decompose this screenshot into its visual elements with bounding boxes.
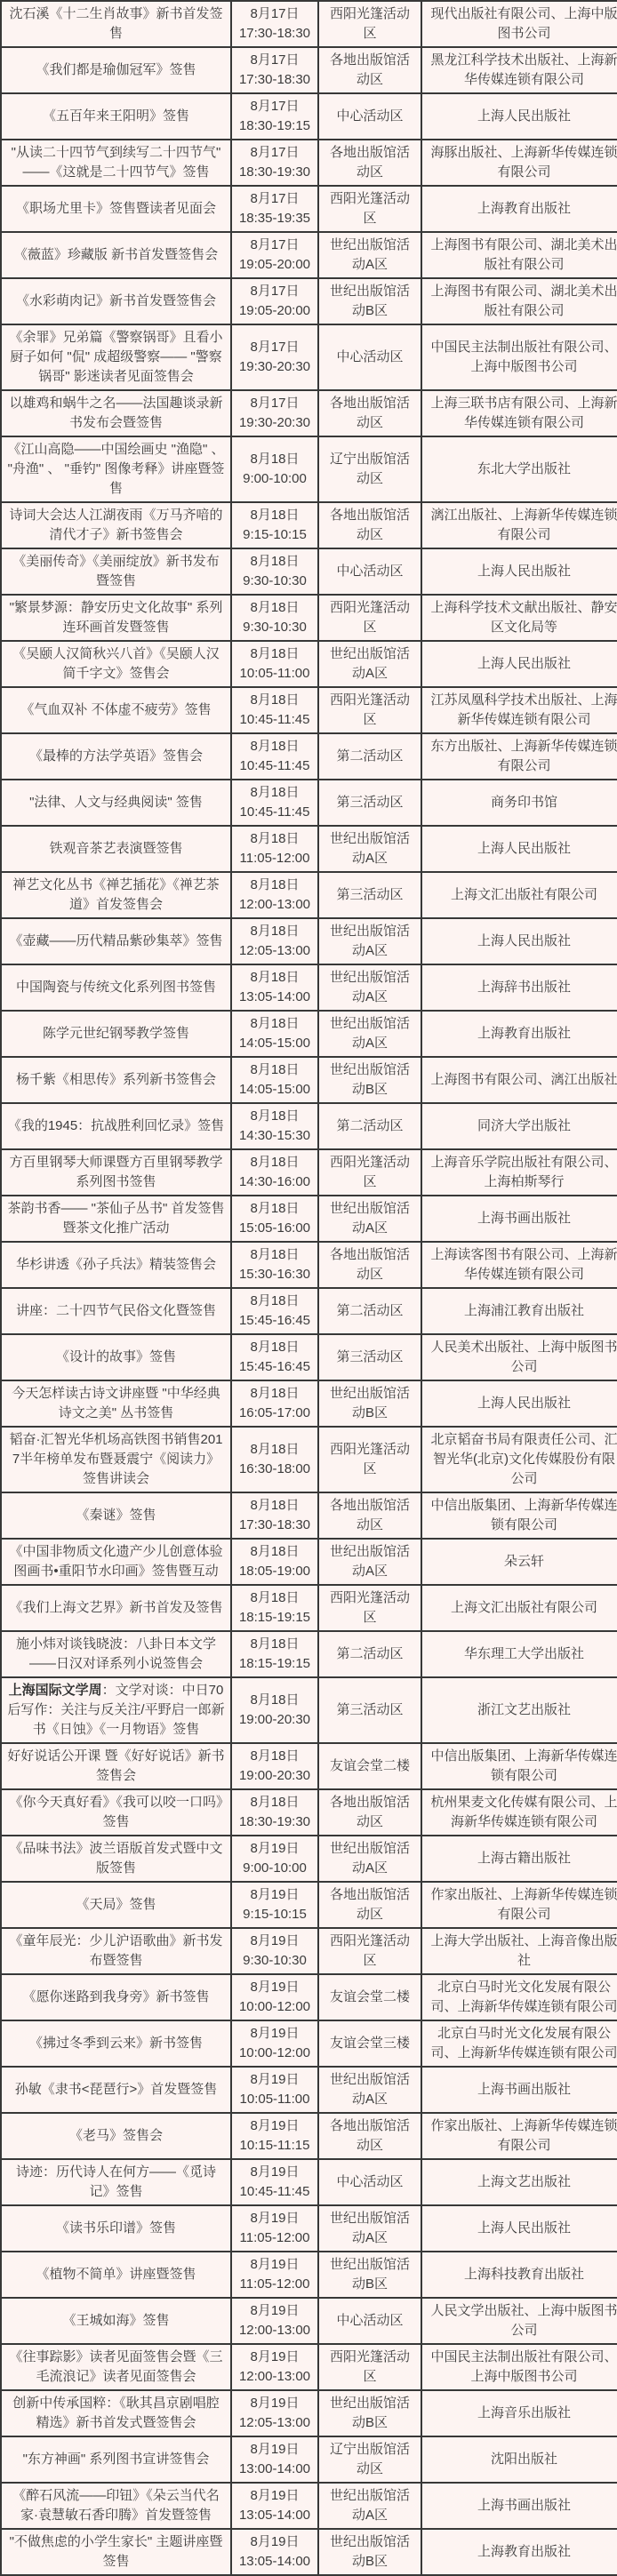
datetime-cell: 8月18日 18:15-19:15 [231,1631,318,1677]
publisher-cell: 北京韬奋书局有限责任公司、汇智光华(北京)文化传媒股份有限公司 [421,1427,617,1492]
event-cell: 《职场尤里卡》签售暨读者见面会 [1,186,231,232]
publisher-cell: 北京白马时光文化发展有限公司、上海新华传媒连锁有限公司 [421,1974,617,2020]
event-cell: 诗词大会达人江湖夜雨《万马齐喑的清代才子》新书签售会 [1,502,231,548]
datetime-cell: 8月18日 14:05-15:00 [231,1057,318,1103]
publisher-cell: 上海人民出版社 [421,641,617,687]
event-cell: 《五百年来王阳明》签售 [1,93,231,140]
location-cell: 各地出版馆活动区 [318,1882,421,1928]
table-row: 今天怎样读古诗文讲座暨 "中华经典诗文之美" 丛书签售8月18日 16:05-1… [1,1380,617,1427]
location-cell: 友谊会堂二楼 [318,1743,421,1789]
location-cell: 友谊会堂二楼 [318,1974,421,2020]
location-cell: 第二活动区 [318,1103,421,1149]
table-row: 《余罪》兄弟篇《警察锅哥》且看小厨子如何 "侃" 成超级警察—— "警察锅哥" … [1,324,617,390]
datetime-cell: 8月19日 10:00-12:00 [231,1974,318,2020]
event-cell: 《水彩萌肉记》新书首发暨签售会 [1,278,231,324]
table-row: "从读二十四节气到续写二十四节气" ——《这就是二十四节气》签售8月17日 18… [1,140,617,186]
location-cell: 世纪出版馆活动A区 [318,2067,421,2113]
table-row: 禅艺文化丛书《禅艺插花》《禅艺茶道》首发签售会8月18日 12:00-13:00… [1,872,617,918]
publisher-cell: 上海人民出版社 [421,918,617,964]
location-cell: 第三活动区 [318,1334,421,1380]
publisher-cell: 上海教育出版社 [421,1011,617,1057]
event-cell: 韬奋·汇智光华机场高铁图书销售2017半年榜单发布暨聂震宁《阅读力》签售讲读会 [1,1427,231,1492]
event-cell: 《我们上海文艺界》新书首发及签售 [1,1585,231,1631]
datetime-cell: 8月19日 12:00-13:00 [231,2298,318,2344]
datetime-cell: 8月18日 17:30-18:30 [231,1492,318,1539]
table-row: "不做焦虑的小学生家长" 主题讲座暨签售8月19日 13:05-14:00世纪出… [1,2529,617,2575]
location-cell: 中心活动区 [318,324,421,390]
event-cell: 《中国非物质文化遗产少儿创意体验图画书•重阳节水印画》签售暨互动 [1,1539,231,1585]
datetime-cell: 8月18日 19:00-20:30 [231,1677,318,1743]
datetime-cell: 8月18日 12:05-13:00 [231,918,318,964]
event-cell: 铁观音茶艺表演暨签售 [1,826,231,872]
location-cell: 各地出版馆活动区 [318,390,421,436]
event-cell: 华杉讲透《孙子兵法》精装签售会 [1,1242,231,1288]
datetime-cell: 8月19日 10:00-12:00 [231,2020,318,2067]
location-cell: 各地出版馆活动区 [318,140,421,186]
location-cell: 各地出版馆活动区 [318,47,421,93]
location-cell: 中心活动区 [318,93,421,140]
publisher-cell: 东方出版社、上海新华传媒连锁有限公司 [421,733,617,780]
datetime-cell: 8月18日 10:45-11:45 [231,687,318,733]
event-cell: 《拂过冬季到云来》新书签售 [1,2020,231,2067]
event-cell: "不做焦虑的小学生家长" 主题讲座暨签售 [1,2529,231,2575]
publisher-cell: 人民美术出版社、上海中版图书公司 [421,1334,617,1380]
event-cell: 好好说话公开课 暨《好好说话》新书签售会 [1,1743,231,1789]
datetime-cell: 8月18日 15:30-16:30 [231,1242,318,1288]
table-row: 《最棒的方法学英语》签售会8月18日 10:45-11:45第二活动区东方出版社… [1,733,617,780]
location-cell: 世纪出版馆活动A区 [318,1539,421,1585]
table-row: 《往事踪影》读者见面签售会暨《三毛流浪记》读者见面签售会8月19日 12:00-… [1,2344,617,2390]
table-row: 以雄鸡和蜗牛之名——法国趣谈录新书发布会暨签售8月17日 19:30-20:30… [1,390,617,436]
publisher-cell: 沈阳出版社 [421,2436,617,2483]
table-row: 《壶藏——历代精品紫砂集萃》签售8月18日 12:05-13:00世纪出版馆活动… [1,918,617,964]
event-cell: 上海国际文学周：文学对谈：中日70后写作：关注与反关注/平野启一郎新书《日蚀》《… [1,1677,231,1743]
event-cell: 以雄鸡和蜗牛之名——法国趣谈录新书发布会暨签售 [1,390,231,436]
datetime-cell: 8月19日 9:00-10:00 [231,1836,318,1882]
location-cell: 世纪出版馆活动B区 [318,2390,421,2436]
event-cell: 创新中传承国粹：《耿其昌京剧唱腔精选》新书首发式暨签售会 [1,2390,231,2436]
publisher-cell: 上海三联书店有限公司、上海新华传媒连锁有限公司 [421,390,617,436]
publisher-cell: 上海音乐出版社 [421,2390,617,2436]
datetime-cell: 8月17日 18:35-19:35 [231,186,318,232]
event-cell: 《老马》签售会 [1,2113,231,2159]
event-cell: 《植物不简单》讲座暨签售 [1,2252,231,2298]
table-row: 《我们都是瑜伽冠军》签售8月17日 17:30-18:30各地出版馆活动区黑龙江… [1,47,617,93]
publisher-cell: 漓江出版社、上海新华传媒连锁有限公司 [421,502,617,548]
location-cell: 中心活动区 [318,2159,421,2205]
publisher-cell: 上海人民出版社 [421,826,617,872]
event-cell: 方百里钢琴大师课暨方百里钢琴教学系列图书签售 [1,1149,231,1196]
location-cell: 第三活动区 [318,872,421,918]
publisher-cell: 东北大学出版社 [421,436,617,502]
publisher-cell: 上海科技教育出版社 [421,2252,617,2298]
datetime-cell: 8月17日 17:30-18:30 [231,1,318,47]
publisher-cell: 上海音乐学院出版社有限公司、上海柏斯琴行 [421,1149,617,1196]
datetime-cell: 8月18日 10:45-11:45 [231,733,318,780]
publisher-cell: 华东理工大学出版社 [421,1631,617,1677]
location-cell: 各地出版馆活动区 [318,2113,421,2159]
publisher-cell: 上海人民出版社 [421,2205,617,2252]
publisher-cell: 人民文学出版社、上海中版图书公司 [421,2298,617,2344]
location-cell: 世纪出版馆活动A区 [318,1836,421,1882]
datetime-cell: 8月17日 19:05-20:00 [231,278,318,324]
location-cell: 西阳光篷活动区 [318,1149,421,1196]
event-cell: 《天局》签售 [1,1882,231,1928]
datetime-cell: 8月18日 9:00-10:00 [231,436,318,502]
event-cell: 《愿你迷路到我身旁》新书签售 [1,1974,231,2020]
location-cell: 第二活动区 [318,1288,421,1334]
location-cell: 第二活动区 [318,1631,421,1677]
table-row: 讲座：二十四节气民俗文化暨签售8月18日 15:45-16:45第二活动区上海浦… [1,1288,617,1334]
table-row: 上海国际文学周：文学对谈：中日70后写作：关注与反关注/平野启一郎新书《日蚀》《… [1,1677,617,1743]
datetime-cell: 8月18日 19:00-20:30 [231,1743,318,1789]
location-cell: 西阳光篷活动区 [318,1928,421,1974]
datetime-cell: 8月18日 15:45-16:45 [231,1288,318,1334]
location-cell: 世纪出版馆活动B区 [318,1380,421,1427]
publisher-cell: 上海人民出版社 [421,548,617,595]
location-cell: 世纪出版馆活动A区 [318,641,421,687]
publisher-cell: 中国民主法制出版社有限公司、上海中版图书公司 [421,2344,617,2390]
datetime-cell: 8月17日 19:30-20:30 [231,324,318,390]
table-row: 《职场尤里卡》签售暨读者见面会8月17日 18:35-19:35西阳光篷活动区上… [1,186,617,232]
event-cell: 讲座：二十四节气民俗文化暨签售 [1,1288,231,1334]
datetime-cell: 8月18日 10:45-11:45 [231,780,318,826]
datetime-cell: 8月19日 10:05-11:00 [231,2067,318,2113]
datetime-cell: 8月17日 17:30-18:30 [231,47,318,93]
location-cell: 西阳光篷活动区 [318,687,421,733]
publisher-cell: 上海文艺出版社 [421,2159,617,2205]
publisher-cell: 浙江文艺出版社 [421,1677,617,1743]
publisher-cell: 上海文汇出版社有限公司 [421,1585,617,1631]
table-row: 华杉讲透《孙子兵法》精装签售会8月18日 15:30-16:30各地出版馆活动区… [1,1242,617,1288]
publisher-cell: 上海浦江教育出版社 [421,1288,617,1334]
event-schedule-table: 沈石溪《十二生肖故事》新书首发签售8月17日 17:30-18:30西阳光篷活动… [0,0,617,2576]
datetime-cell: 8月18日 16:30-18:00 [231,1427,318,1492]
table-row: 《设计的故事》签售8月18日 15:45-16:45第三活动区人民美术出版社、上… [1,1334,617,1380]
table-row: 施小炜对谈钱晓波：八卦日本文学——日汉对译系列小说签售会8月18日 18:15-… [1,1631,617,1677]
table-row: 方百里钢琴大师课暨方百里钢琴教学系列图书签售8月18日 14:30-16:00西… [1,1149,617,1196]
schedule-body: 沈石溪《十二生肖故事》新书首发签售8月17日 17:30-18:30西阳光篷活动… [1,1,617,2575]
publisher-cell: 上海图书有限公司、湖北美术出版社有限公司 [421,278,617,324]
location-cell: 中心活动区 [318,548,421,595]
table-row: 《江山高隐——中国绘画史 "渔隐" 、 "舟渔" 、 "垂钓" 图像考释》讲座暨… [1,436,617,502]
datetime-cell: 8月18日 14:30-16:00 [231,1149,318,1196]
datetime-cell: 8月18日 15:45-16:45 [231,1334,318,1380]
location-cell: 世纪出版馆活动A区 [318,1011,421,1057]
location-cell: 世纪出版馆活动A区 [318,1196,421,1242]
table-row: 《我的1945：抗战胜利回忆录》签售8月18日 14:30-15:30第二活动区… [1,1103,617,1149]
event-cell: 施小炜对谈钱晓波：八卦日本文学——日汉对译系列小说签售会 [1,1631,231,1677]
table-row: 《美丽传奇》《美丽绽放》新书发布暨签售8月18日 9:30-10:30中心活动区… [1,548,617,595]
datetime-cell: 8月19日 12:05-13:00 [231,2390,318,2436]
publisher-cell: 上海大学出版社、上海音像出版社 [421,1928,617,1974]
table-row: 孙敏《隶书<琵琶行>》首发暨签售8月19日 10:05-11:00世纪出版馆活动… [1,2067,617,2113]
location-cell: 辽宁出版馆活动区 [318,436,421,502]
event-schedule-page: 沈石溪《十二生肖故事》新书首发签售8月17日 17:30-18:30西阳光篷活动… [0,0,617,2576]
publisher-cell: 作家出版社、上海新华传媒连锁有限公司 [421,2113,617,2159]
publisher-cell: 中国民主法制出版社有限公司、上海中版图书公司 [421,324,617,390]
datetime-cell: 8月18日 9:30-10:30 [231,548,318,595]
publisher-cell: 上海教育出版社 [421,2529,617,2575]
event-cell: 中国陶瓷与传统文化系列图书签售 [1,964,231,1011]
location-cell: 西阳光篷活动区 [318,1585,421,1631]
table-row: 诗词大会达人江湖夜雨《万马齐喑的清代才子》新书签售会8月18日 9:15-10:… [1,502,617,548]
datetime-cell: 8月19日 11:05-12:00 [231,2252,318,2298]
event-cell: 《壶藏——历代精品紫砂集萃》签售 [1,918,231,964]
table-row: 《我们上海文艺界》新书首发及签售8月18日 18:15-19:15西阳光篷活动区… [1,1585,617,1631]
event-cell: 《我的1945：抗战胜利回忆录》签售 [1,1103,231,1149]
table-row: 《品味书法》波兰语版首发式暨中文版签售8月19日 9:00-10:00世纪出版馆… [1,1836,617,1882]
event-cell: 《美丽传奇》《美丽绽放》新书发布暨签售 [1,548,231,595]
event-cell: 《吴颐人汉简秋兴八首》《吴颐人汉简千字文》签售会 [1,641,231,687]
event-cell: 《醉石风流——印钮》《朵云当代名家·袁慧敏石香印腾》首发暨签售 [1,2483,231,2529]
datetime-cell: 8月18日 18:30-19:30 [231,1789,318,1836]
table-row: 诗迹：历代诗人在何方——《觅诗记》签售8月19日 10:45-11:45中心活动… [1,2159,617,2205]
datetime-cell: 8月18日 18:15-19:15 [231,1585,318,1631]
location-cell: 友谊会堂三楼 [318,2020,421,2067]
table-row: 陈学元世纪钢琴教学签售8月18日 14:05-15:00世纪出版馆活动A区上海教… [1,1011,617,1057]
datetime-cell: 8月19日 11:05-12:00 [231,2205,318,2252]
location-cell: 世纪出版馆活动B区 [318,278,421,324]
event-cell: 《往事踪影》读者见面签售会暨《三毛流浪记》读者见面签售会 [1,2344,231,2390]
datetime-cell: 8月18日 9:15-10:15 [231,502,318,548]
publisher-cell: 上海教育出版社 [421,186,617,232]
location-cell: 西阳光篷活动区 [318,1427,421,1492]
datetime-cell: 8月18日 12:00-13:00 [231,872,318,918]
table-row: 《你今天真好看》《我可以咬一口吗》签售8月18日 18:30-19:30各地出版… [1,1789,617,1836]
table-row: 《五百年来王阳明》签售8月17日 18:30-19:15中心活动区上海人民出版社 [1,93,617,140]
event-cell: 《薇蓝》珍藏版 新书首发暨签售会 [1,232,231,278]
event-cell: 《我们都是瑜伽冠军》签售 [1,47,231,93]
location-cell: 第二活动区 [318,733,421,780]
table-row: 《吴颐人汉简秋兴八首》《吴颐人汉简千字文》签售会8月18日 10:05-11:0… [1,641,617,687]
table-row: 《秦谜》签售8月18日 17:30-18:30各地出版馆活动区中信出版集团、上海… [1,1492,617,1539]
datetime-cell: 8月18日 18:05-19:00 [231,1539,318,1585]
datetime-cell: 8月17日 18:30-19:15 [231,93,318,140]
publisher-cell: 上海古籍出版社 [421,1836,617,1882]
datetime-cell: 8月19日 10:15-11:15 [231,2113,318,2159]
table-row: 茶韵书香—— "茶仙子丛书" 首发签售暨茶文化推广活动8月18日 15:05-1… [1,1196,617,1242]
publisher-cell: 杭州果麦文化传媒有限公司、上海新华传媒连锁有限公司 [421,1789,617,1836]
publisher-cell: 现代出版社有限公司、上海中版图书公司 [421,1,617,47]
publisher-cell: 上海图书有限公司、湖北美术出版社有限公司 [421,232,617,278]
event-cell: 沈石溪《十二生肖故事》新书首发签售 [1,1,231,47]
table-row: 《王城如海》签售8月19日 12:00-13:00中心活动区人民文学出版社、上海… [1,2298,617,2344]
location-cell: 世纪出版馆活动A区 [318,2205,421,2252]
table-row: 《中国非物质文化遗产少儿创意体验图画书•重阳节水印画》签售暨互动8月18日 18… [1,1539,617,1585]
location-cell: 世纪出版馆活动A区 [318,2483,421,2529]
datetime-cell: 8月19日 10:45-11:45 [231,2159,318,2205]
table-row: 《水彩萌肉记》新书首发暨签售会8月17日 19:05-20:00世纪出版馆活动B… [1,278,617,324]
datetime-cell: 8月19日 13:00-14:00 [231,2436,318,2483]
event-cell: 茶韵书香—— "茶仙子丛书" 首发签售暨茶文化推广活动 [1,1196,231,1242]
publisher-cell: 江苏凤凰科学技术出版社、上海新华传媒连锁有限公司 [421,687,617,733]
publisher-cell: 上海文汇出版社有限公司 [421,872,617,918]
publisher-cell: 上海人民出版社 [421,1380,617,1427]
location-cell: 世纪出版馆活动B区 [318,2529,421,2575]
event-cell: 禅艺文化丛书《禅艺插花》《禅艺茶道》首发签售会 [1,872,231,918]
table-row: 《拂过冬季到云来》新书签售8月19日 10:00-12:00友谊会堂三楼北京白马… [1,2020,617,2067]
location-cell: 世纪出版馆活动B区 [318,2252,421,2298]
datetime-cell: 8月19日 13:05-14:00 [231,2529,318,2575]
event-cell: "东方神画" 系列图书宣讲签售会 [1,2436,231,2483]
datetime-cell: 8月18日 15:05-16:00 [231,1196,318,1242]
datetime-cell: 8月18日 9:30-10:30 [231,595,318,641]
event-cell: 《品味书法》波兰语版首发式暨中文版签售 [1,1836,231,1882]
event-bold-prefix: 上海国际文学周 [9,1683,102,1698]
table-row: 《愿你迷路到我身旁》新书签售8月19日 10:00-12:00友谊会堂二楼北京白… [1,1974,617,2020]
event-cell: 《气血双补 不体虚不疲劳》签售 [1,687,231,733]
location-cell: 第三活动区 [318,1677,421,1743]
location-cell: 各地出版馆活动区 [318,502,421,548]
publisher-cell: 上海读客图书有限公司、上海新华传媒连锁有限公司 [421,1242,617,1288]
event-cell: 《江山高隐——中国绘画史 "渔隐" 、 "舟渔" 、 "垂钓" 图像考释》讲座暨… [1,436,231,502]
event-cell: 诗迹：历代诗人在何方——《觅诗记》签售 [1,2159,231,2205]
location-cell: 辽宁出版馆活动区 [318,2436,421,2483]
event-cell: 《设计的故事》签售 [1,1334,231,1380]
location-cell: 各地出版馆活动区 [318,1242,421,1288]
event-cell: 杨千紫《相思传》系列新书签售会 [1,1057,231,1103]
datetime-cell: 8月19日 12:00-13:00 [231,2344,318,2390]
table-row: 杨千紫《相思传》系列新书签售会8月18日 14:05-15:00世纪出版馆活动B… [1,1057,617,1103]
publisher-cell: 黑龙江科学技术出版社、上海新华传媒连锁有限公司 [421,47,617,93]
table-row: 铁观音茶艺表演暨签售8月18日 11:05-12:00世纪出版馆活动A区上海人民… [1,826,617,872]
datetime-cell: 8月19日 9:15-10:15 [231,1882,318,1928]
table-row: 沈石溪《十二生肖故事》新书首发签售8月17日 17:30-18:30西阳光篷活动… [1,1,617,47]
publisher-cell: 上海书画出版社 [421,1196,617,1242]
publisher-cell: 上海书画出版社 [421,2483,617,2529]
event-cell: 《王城如海》签售 [1,2298,231,2344]
table-row: 《老马》签售会8月19日 10:15-11:15各地出版馆活动区作家出版社、上海… [1,2113,617,2159]
location-cell: 世纪出版馆活动A区 [318,232,421,278]
publisher-cell: 作家出版社、上海新华传媒连锁有限公司 [421,1882,617,1928]
event-cell: 《你今天真好看》《我可以咬一口吗》签售 [1,1789,231,1836]
table-row: 《气血双补 不体虚不疲劳》签售8月18日 10:45-11:45西阳光篷活动区江… [1,687,617,733]
location-cell: 西阳光篷活动区 [318,1,421,47]
location-cell: 各地出版馆活动区 [318,1789,421,1836]
event-cell: "从读二十四节气到续写二十四节气" ——《这就是二十四节气》签售 [1,140,231,186]
location-cell: 各地出版馆活动区 [318,1492,421,1539]
publisher-cell: 北京白马时光文化发展有限公司、上海新华传媒连锁有限公司 [421,2020,617,2067]
location-cell: 世纪出版馆活动A区 [318,826,421,872]
location-cell: 世纪出版馆活动B区 [318,1057,421,1103]
event-cell: 《秦谜》签售 [1,1492,231,1539]
datetime-cell: 8月18日 16:05-17:00 [231,1380,318,1427]
datetime-cell: 8月17日 19:05-20:00 [231,232,318,278]
publisher-cell: 中信出版集团、上海新华传媒连锁有限公司 [421,1743,617,1789]
datetime-cell: 8月18日 13:05-14:00 [231,964,318,1011]
datetime-cell: 8月18日 11:05-12:00 [231,826,318,872]
event-cell: 孙敏《隶书<琵琶行>》首发暨签售 [1,2067,231,2113]
publisher-cell: 上海书画出版社 [421,2067,617,2113]
event-cell: 今天怎样读古诗文讲座暨 "中华经典诗文之美" 丛书签售 [1,1380,231,1427]
event-cell: 《最棒的方法学英语》签售会 [1,733,231,780]
location-cell: 第三活动区 [318,780,421,826]
event-cell: 《童年辰光：少儿沪语歌曲》新书发布暨签售 [1,1928,231,1974]
event-cell: 陈学元世纪钢琴教学签售 [1,1011,231,1057]
table-row: 《读书乐印谱》签售8月19日 11:05-12:00世纪出版馆活动A区上海人民出… [1,2205,617,2252]
table-row: 韬奋·汇智光华机场高铁图书销售2017半年榜单发布暨聂震宁《阅读力》签售讲读会8… [1,1427,617,1492]
location-cell: 西阳光篷活动区 [318,186,421,232]
table-row: 好好说话公开课 暨《好好说话》新书签售会8月18日 19:00-20:30友谊会… [1,1743,617,1789]
event-cell: "繁景梦源：静安历史文化故事" 系列连环画首发暨签售 [1,595,231,641]
publisher-cell: 上海人民出版社 [421,93,617,140]
publisher-cell: 上海图书有限公司、漓江出版社 [421,1057,617,1103]
datetime-cell: 8月17日 19:30-20:30 [231,390,318,436]
event-cell: 《余罪》兄弟篇《警察锅哥》且看小厨子如何 "侃" 成超级警察—— "警察锅哥" … [1,324,231,390]
datetime-cell: 8月19日 13:05-14:00 [231,2483,318,2529]
datetime-cell: 8月18日 14:30-15:30 [231,1103,318,1149]
table-row: 创新中传承国粹：《耿其昌京剧唱腔精选》新书首发式暨签售会8月19日 12:05-… [1,2390,617,2436]
location-cell: 西阳光篷活动区 [318,2344,421,2390]
table-row: 《天局》签售8月19日 9:15-10:15各地出版馆活动区作家出版社、上海新华… [1,1882,617,1928]
publisher-cell: 中信出版集团、上海新华传媒连锁有限公司 [421,1492,617,1539]
datetime-cell: 8月19日 9:30-10:30 [231,1928,318,1974]
event-cell: "法律、人文与经典阅读" 签售 [1,780,231,826]
table-row: 《醉石风流——印钮》《朵云当代名家·袁慧敏石香印腾》首发暨签售8月19日 13:… [1,2483,617,2529]
publisher-cell: 朵云轩 [421,1539,617,1585]
location-cell: 世纪出版馆活动A区 [318,964,421,1011]
datetime-cell: 8月18日 10:05-11:00 [231,641,318,687]
location-cell: 世纪出版馆活动A区 [318,918,421,964]
table-row: "法律、人文与经典阅读" 签售8月18日 10:45-11:45第三活动区商务印… [1,780,617,826]
table-row: "东方神画" 系列图书宣讲签售会8月19日 13:00-14:00辽宁出版馆活动… [1,2436,617,2483]
publisher-cell: 同济大学出版社 [421,1103,617,1149]
location-cell: 西阳光篷活动区 [318,595,421,641]
datetime-cell: 8月18日 14:05-15:00 [231,1011,318,1057]
table-row: 《童年辰光：少儿沪语歌曲》新书发布暨签售8月19日 9:30-10:30西阳光篷… [1,1928,617,1974]
publisher-cell: 商务印书馆 [421,780,617,826]
event-cell: 《读书乐印谱》签售 [1,2205,231,2252]
table-row: "繁景梦源：静安历史文化故事" 系列连环画首发暨签售8月18日 9:30-10:… [1,595,617,641]
table-row: 中国陶瓷与传统文化系列图书签售8月18日 13:05-14:00世纪出版馆活动A… [1,964,617,1011]
datetime-cell: 8月17日 18:30-19:30 [231,140,318,186]
publisher-cell: 上海科学技术文献出版社、静安区文化局等 [421,595,617,641]
publisher-cell: 上海辞书出版社 [421,964,617,1011]
location-cell: 中心活动区 [318,2298,421,2344]
table-row: 《薇蓝》珍藏版 新书首发暨签售会8月17日 19:05-20:00世纪出版馆活动… [1,232,617,278]
publisher-cell: 海豚出版社、上海新华传媒连锁有限公司 [421,140,617,186]
table-row: 《植物不简单》讲座暨签售8月19日 11:05-12:00世纪出版馆活动B区上海… [1,2252,617,2298]
